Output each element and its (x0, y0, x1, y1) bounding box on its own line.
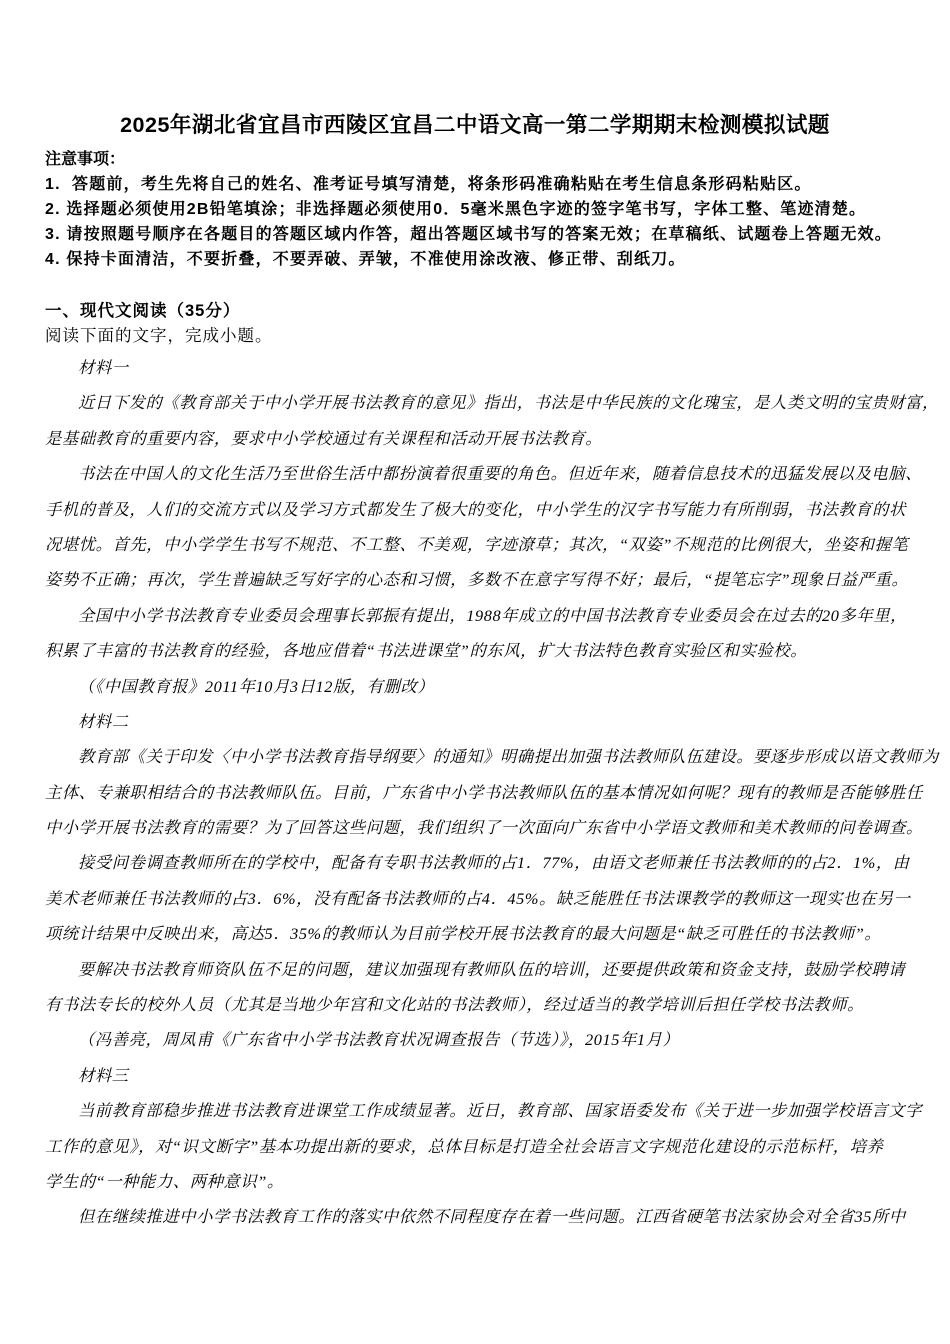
passage-line: 但在继续推进中小学书法教育工作的落实中依然不同程度存在着一些问题。江西省硬笔书法… (45, 1199, 905, 1234)
passage-line: （冯善亮，周凤甫《广东省中小学书法教育状况调查报告（节选）》，2015年1月） (45, 1022, 905, 1057)
passage-line: 积累了丰富的书法教育的经验，各地应借着“书法进课堂”的东风，扩大书法特色教育实验… (45, 633, 905, 668)
notice-item: 4. 保持卡面清洁，不要折叠，不要弄破、弄皱，不准使用涂改液、修正带、刮纸刀。 (45, 247, 905, 272)
reading-passage: 材料一近日下发的《教育部关于中小学开展书法教育的意见》指出，书法是中华民族的文化… (45, 350, 905, 1235)
passage-line: 书法在中国人的文化生活乃至世俗生活中都扮演着很重要的角色。但近年来，随着信息技术… (45, 456, 905, 491)
passage-line: 材料二 (45, 704, 905, 739)
passage-line: 当前教育部稳步推进书法教育进课堂工作成绩显著。近日，教育部、国家语委发布《关于进… (45, 1093, 905, 1128)
notice-item: 2. 选择题必须使用2B铅笔填涂；非选择题必须使用0．5毫米黑色字迹的签字笔书写… (45, 197, 905, 222)
notice-item: 3. 请按照题号顺序在各题目的答题区域内作答，超出答题区域书写的答案无效；在草稿… (45, 222, 905, 247)
passage-line: 中小学开展书法教育的需要？为了回答这些问题，我们组织了一次面向广东省中小学语文教… (45, 810, 905, 845)
passage-line: 材料一 (45, 350, 905, 385)
passage-line: 主体、专兼职相结合的书法教师队伍。目前，广东省中小学书法教师队伍的基本情况如何呢… (45, 775, 905, 810)
passage-line: （《中国教育报》2011年10月3日12版，有删改） (45, 669, 905, 704)
passage-line: 况堪忧。首先，中小学学生书写不规范、不工整、不美观，字迹潦草；其次，“双姿”不规… (45, 527, 905, 562)
passage-line: 项统计结果中反映出来，高达5．35%的教师认为目前学校开展书法教育的最大问题是“… (45, 916, 905, 951)
notice-heading: 注意事项： (45, 147, 905, 172)
passage-line: 姿势不正确；再次，学生普遍缺乏写好字的心态和习惯，多数不在意字写得不好；最后，“… (45, 562, 905, 597)
passage-line: 近日下发的《教育部关于中小学开展书法教育的意见》指出，书法是中华民族的文化瑰宝，… (45, 385, 905, 420)
passage-line: 教育部《关于印发〈中小学书法教育指导纲要〉的通知》明确提出加强书法教师队伍建设。… (45, 739, 905, 774)
passage-line: 全国中小学书法教育专业委员会理事长郭振有提出，1988年成立的中国书法教育专业委… (45, 598, 905, 633)
passage-line: 是基础教育的重要内容，要求中小学校通过有关课程和活动开展书法教育。 (45, 421, 905, 456)
passage-line: 学生的“一种能力、两种意识”。 (45, 1164, 905, 1199)
section-heading-modern-reading: 一、现代文阅读（35分） (45, 299, 905, 324)
passage-line: 美术老师兼任书法教师的占3．6%，没有配备书法教师的占4．45%。缺乏能胜任书法… (45, 881, 905, 916)
passage-line: 手机的普及，人们的交流方式以及学习方式都发生了极大的变化，中小学生的汉字书写能力… (45, 492, 905, 527)
notice-item: 1. 答题前，考生先将自己的姓名、准考证号填写清楚，将条形码准确粘贴在考生信息条… (45, 172, 905, 197)
page-title: 2025年湖北省宜昌市西陵区宜昌二中语文高一第二学期期末检测模拟试题 (45, 0, 905, 140)
notice-list: 1. 答题前，考生先将自己的姓名、准考证号填写清楚，将条形码准确粘贴在考生信息条… (45, 172, 905, 272)
reading-instruction: 阅读下面的文字，完成小题。 (45, 324, 905, 347)
passage-line: 接受问卷调查教师所在的学校中，配备有专职书法教师的占1．77%，由语文老师兼任书… (45, 845, 905, 880)
passage-line: 有书法专长的校外人员（尤其是当地少年宫和文化站的书法教师），经过适当的教学培训后… (45, 987, 905, 1022)
exam-paper-page: 2025年湖北省宜昌市西陵区宜昌二中语文高一第二学期期末检测模拟试题 注意事项：… (0, 0, 950, 1235)
passage-line: 工作的意见》，对“识文断字”基本功提出新的要求，总体目标是打造全社会语言文字规范… (45, 1129, 905, 1164)
passage-line: 材料三 (45, 1058, 905, 1093)
notice-section: 注意事项： 1. 答题前，考生先将自己的姓名、准考证号填写清楚，将条形码准确粘贴… (45, 147, 905, 272)
passage-line: 要解决书法教育师资队伍不足的问题，建议加强现有教师队伍的培训，还要提供政策和资金… (45, 952, 905, 987)
